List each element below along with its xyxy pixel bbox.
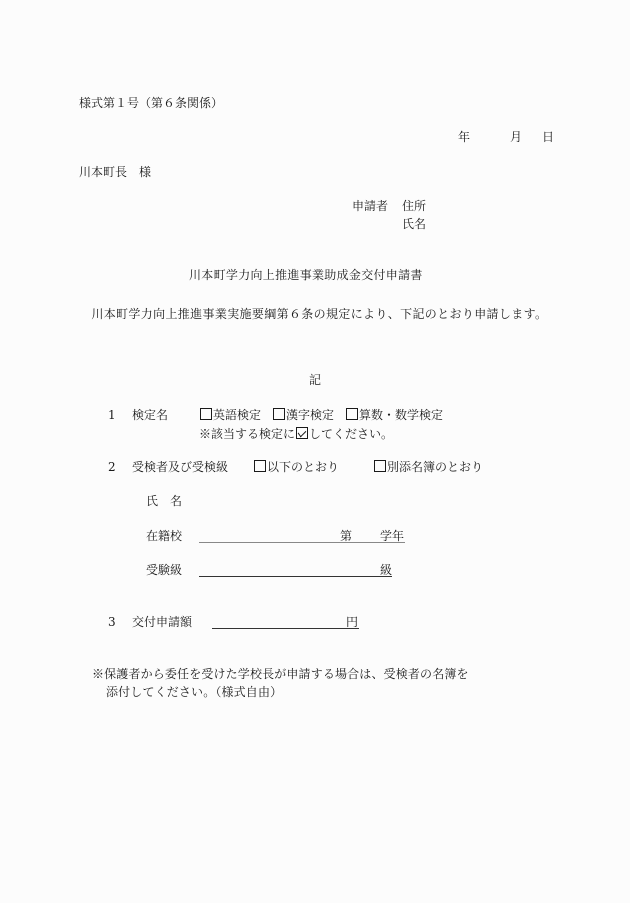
item-exam-name: 1検定名英語検定漢字検定算数・数学検定 <box>108 408 455 421</box>
option-as-below[interactable]: 以下のとおり <box>254 460 374 473</box>
checkmark-icon <box>296 427 308 439</box>
exam-grade-input-line[interactable] <box>199 576 392 577</box>
school-label: 在籍校 <box>146 530 182 542</box>
option-kanji-exam[interactable]: 漢字検定 <box>273 408 334 422</box>
checkbox-math-exam[interactable] <box>346 408 358 420</box>
option-english-exam[interactable]: 英語検定 <box>200 408 261 422</box>
item-grant-amount: 3交付申請額 <box>108 616 192 628</box>
item-examinee-grade: 2受検者及び受検級以下のとおり別添名簿のとおり <box>108 460 483 473</box>
date-line: 年月日 <box>458 131 554 143</box>
intro-paragraph: 川本町学力向上推進事業実施要綱第６条の規定により、下記のとおり申請します。 <box>79 305 554 323</box>
item-label: 受検者及び受検級 <box>132 461 254 473</box>
item-label: 検定名 <box>132 409 200 421</box>
date-month-label: 月 <box>510 131 542 143</box>
footnote-line-2: 添付してください。（様式自由） <box>106 686 282 698</box>
checkbox-attached-list[interactable] <box>374 460 386 472</box>
option-attached-list[interactable]: 別添名簿のとおり <box>374 460 483 474</box>
item-number: 3 <box>108 616 132 628</box>
applicant-name-label: 氏名 <box>402 218 426 230</box>
applicant-block: 申請者住所 <box>352 200 426 212</box>
footnote-line-1: ※保護者から委任を受けた学校長が申請する場合は、受検者の名簿を <box>92 668 469 680</box>
exam-grade-suffix: 級 <box>380 564 392 576</box>
item-number: 1 <box>108 409 132 421</box>
applicant-address-label: 住所 <box>402 199 426 213</box>
date-day-label: 日 <box>542 131 554 143</box>
amount-input-line[interactable] <box>212 628 359 629</box>
document-title: 川本町学力向上推進事業助成金交付申請書 <box>189 269 423 281</box>
date-year-label: 年 <box>458 131 510 143</box>
school-dai-label: 第 <box>340 530 352 542</box>
item-label: 交付申請額 <box>132 616 192 628</box>
addressee-name: 川本町長 <box>79 165 127 179</box>
checkbox-as-below[interactable] <box>254 460 266 472</box>
addressee: 川本町長様 <box>79 166 151 178</box>
option-math-exam[interactable]: 算数・数学検定 <box>346 408 443 422</box>
item1-note: ※該当する検定にしてください。 <box>199 427 393 440</box>
school-grade-suffix: 学年 <box>380 530 404 542</box>
examinee-name-label: 氏名 <box>146 495 182 507</box>
addressee-honorific: 様 <box>139 165 151 179</box>
item-number: 2 <box>108 461 132 473</box>
form-number: 様式第１号（第６条関係） <box>79 97 223 109</box>
applicant-label: 申請者 <box>352 200 402 212</box>
exam-grade-label: 受験級 <box>146 564 182 576</box>
ki-heading: 記 <box>309 374 321 386</box>
school-input-line[interactable] <box>199 542 405 543</box>
amount-yen-suffix: 円 <box>346 616 358 628</box>
checkbox-kanji-exam[interactable] <box>273 408 285 420</box>
checkbox-english-exam[interactable] <box>200 408 212 420</box>
